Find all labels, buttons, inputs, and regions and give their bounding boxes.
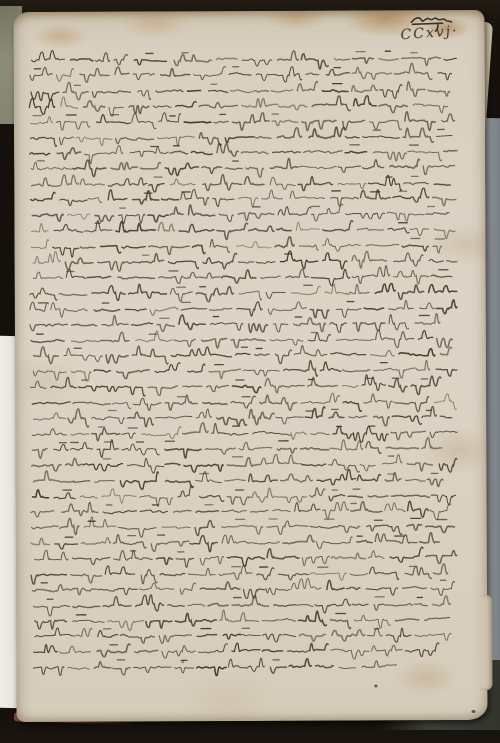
ink-speck [374, 684, 377, 687]
manuscript-text-block [13, 10, 487, 722]
ink-speck [472, 710, 476, 713]
manuscript-photo: CCxvj· [0, 0, 500, 743]
ink-speck [181, 660, 184, 663]
manuscript-page: CCxvj· [13, 10, 487, 722]
